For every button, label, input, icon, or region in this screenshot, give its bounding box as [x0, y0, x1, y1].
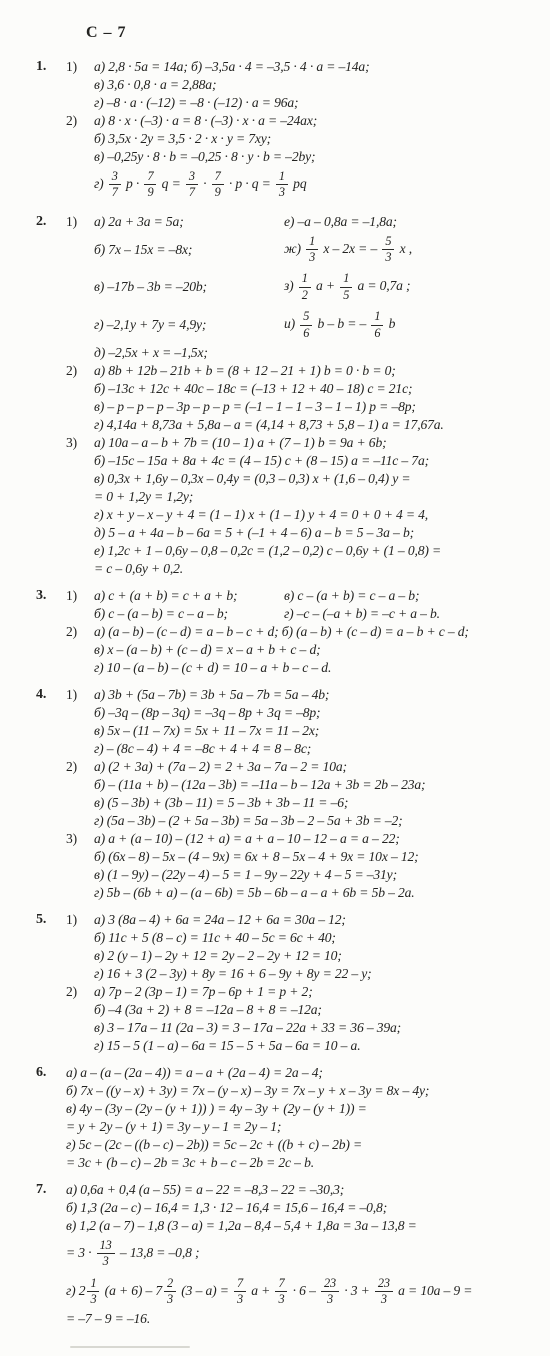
- expression: б) –13c + 12c + 40c – 18c = (–13 + 12 + …: [94, 380, 412, 398]
- expression: а) 3 (8a – 4) + 6a = 24a – 12 + 6a = 30a…: [94, 911, 346, 929]
- fraction: 13: [276, 169, 288, 201]
- math-line: = 0 + 1,2y = 1,2y;: [0, 488, 550, 506]
- math-line: = 3c + (b – c) – 2b = 3c + b – c – 2b = …: [0, 1154, 550, 1172]
- math-line: г) –2,1y + 7y = 4,9y;и) 56 b – b = – 16 …: [0, 306, 550, 344]
- expression: в) 1,2 (a – 7) – 1,8 (3 – a) = 1,2a – 8,…: [66, 1217, 417, 1235]
- column-right: и) 56 b – b = – 16 b: [284, 309, 395, 341]
- math-line: 7.а) 0,6a + 0,4 (a – 55) = a – 22 = –8,3…: [0, 1181, 550, 1199]
- math-line: 3)а) 10a – a – b + 7b = (10 – 1) a + (7 …: [0, 434, 550, 452]
- expression: а) 7p – 2 (3p – 1) = 7p – 6p + 1 = p + 2…: [94, 983, 313, 1001]
- math-line: в) – p – p – p – 3p – p – p = (–1 – 1 – …: [0, 398, 550, 416]
- expression: в) 2 (y – 1) – 2y + 12 = 2y – 2 – 2y + 1…: [94, 947, 342, 965]
- sub-number: 2): [66, 623, 94, 641]
- sub-number: 3): [66, 830, 94, 848]
- expression: = c – 0,6y + 0,2.: [94, 560, 183, 578]
- fraction-denominator: 9: [212, 185, 224, 200]
- fraction: 12: [299, 271, 311, 303]
- column-right: з) 12 a + 15 a = 0,7a ;: [284, 271, 410, 303]
- scanned-workbook-page: С – 7 1.1)а) 2,8 · 5a = 14a; б) –3,5a · …: [0, 0, 550, 1356]
- fraction-numerator: 7: [212, 169, 224, 185]
- expression: б) 11c + 5 (8 – c) = 11c + 40 – 5c = 6c …: [94, 929, 336, 947]
- math-line: 2)а) 8b + 12b – 21b + b = (8 + 12 – 21 +…: [0, 362, 550, 380]
- fraction: 37: [109, 169, 121, 201]
- problem-6: 6.а) a – (a – (2a – 4)) = a – a + (2a – …: [0, 1064, 550, 1172]
- page-title: С – 7: [86, 24, 550, 42]
- math-line: г) 5b – (6b + a) – (a – 6b) = 5b – 6b – …: [0, 884, 550, 902]
- math-line: г) 4,14a + 8,73a + 5,8a – a = (4,14 + 8,…: [0, 416, 550, 434]
- problem-number: 3.: [36, 587, 66, 605]
- expression: г) 5b – (6b + a) – (a – 6b) = 5b – 6b – …: [94, 884, 415, 902]
- fraction: 37: [186, 169, 198, 201]
- math-line: 5.1)а) 3 (8a – 4) + 6a = 24a – 12 + 6a =…: [0, 911, 550, 929]
- fraction: 13: [87, 1276, 99, 1308]
- expression: е) 1,2c + 1 – 0,6y – 0,8 – 0,2c = (1,2 –…: [94, 542, 441, 560]
- math-line: б) 3,5x · 2y = 3,5 · 2 · x · y = 7xy;: [0, 130, 550, 148]
- expression: а) 10a – a – b + 7b = (10 – 1) a + (7 – …: [94, 434, 386, 452]
- expression: г) –8 · a · (–12) = –8 · (–12) · a = 96a…: [94, 94, 298, 112]
- expression: в) (5 – 3b) + (3b – 11) = 5 – 3b + 3b – …: [94, 794, 348, 812]
- problem-number: 5.: [36, 911, 66, 929]
- problem-3: 3.1)а) c + (a + b) = c + a + b;в) c – (a…: [0, 587, 550, 677]
- fraction-denominator: 3: [87, 1292, 99, 1307]
- column-right: г) –c – (–a + b) = –c + a – b.: [284, 605, 440, 623]
- math-line: г) 213 (a + 6) – 723 (3 – a) = 73 a + 73…: [0, 1273, 550, 1311]
- fraction: 16: [371, 309, 383, 341]
- fraction-denominator: 3: [275, 1292, 287, 1307]
- fraction-numerator: 1: [340, 271, 352, 287]
- fraction-denominator: 7: [186, 185, 198, 200]
- column-left: в) –17b – 3b = –20b;: [94, 278, 284, 296]
- fraction-numerator: 23: [321, 1276, 339, 1292]
- fraction-denominator: 3: [321, 1292, 339, 1307]
- column-right: ж) 13 x – 2x = – 53 x ,: [284, 234, 412, 266]
- math-line: в) (5 – 3b) + (3b – 11) = 5 – 3b + 3b – …: [0, 794, 550, 812]
- sub-number: 3): [66, 434, 94, 452]
- problem-number: 2.: [36, 213, 66, 231]
- math-line: 3)а) a + (a – 10) – (12 + a) = a + a – 1…: [0, 830, 550, 848]
- math-line: = –7 – 9 = –16.: [0, 1310, 550, 1328]
- math-line: г) 10 – (a – b) – (c + d) = 10 – a + b –…: [0, 659, 550, 677]
- sub-number: 1): [66, 58, 94, 76]
- expression: г) 4,14a + 8,73a + 5,8a – a = (4,14 + 8,…: [94, 416, 444, 434]
- fraction-numerator: 7: [234, 1276, 246, 1292]
- column-left: г) –2,1y + 7y = 4,9y;: [94, 316, 284, 334]
- math-line: в) 3 – 17a – 11 (2a – 3) = 3 – 17a – 22a…: [0, 1019, 550, 1037]
- sub-number: 2): [66, 112, 94, 130]
- expression: а) 8 · x · (–3) · a = 8 · (–3) · x · a =…: [94, 112, 317, 130]
- expression: б) (6x – 8) – 5x – (4 – 9x) = 6x + 8 – 5…: [94, 848, 419, 866]
- expression: д) 5 – a + 4a – b – 6a = 5 + (–1 + 4 – 6…: [94, 524, 414, 542]
- math-line: б) c – (a – b) = c – a – b;г) –c – (–a +…: [0, 605, 550, 623]
- fraction-denominator: 3: [375, 1292, 393, 1307]
- column-left: б) 7x – 15x = –8x;: [94, 241, 284, 259]
- math-line: = y + 2y – (y + 1) = 3y – y – 1 = 2y – 1…: [0, 1118, 550, 1136]
- expression: в) 5x – (11 – 7x) = 5x + 11 – 7x = 11 – …: [94, 722, 319, 740]
- fraction-numerator: 3: [186, 169, 198, 185]
- expression: г) (5a – 3b) – (2 + 5a – 3b) = 5a – 3b –…: [94, 812, 403, 830]
- math-line: 2)а) 8 · x · (–3) · a = 8 · (–3) · x · a…: [0, 112, 550, 130]
- expression: а) (a – b) – (c – d) = a – b – c + d; б)…: [94, 623, 469, 641]
- fraction: 73: [275, 1276, 287, 1308]
- expression: в) – p – p – p – 3p – p – p = (–1 – 1 – …: [94, 398, 416, 416]
- problem-2: 2.1)а) 2a + 3a = 5a;е) –a – 0,8a = –1,8a…: [0, 213, 550, 578]
- expression: б) –3q – (8p – 3q) = –3q – 8p + 3q = –8p…: [94, 704, 320, 722]
- fraction-numerator: 5: [300, 309, 312, 325]
- math-line: г) 5c – (2c – ((b – c) – 2b)) = 5c – 2c …: [0, 1136, 550, 1154]
- math-line: г) – (8c – 4) + 4 = –8c + 4 + 4 = 8 – 8c…: [0, 740, 550, 758]
- math-line: в) –17b – 3b = –20b;з) 12 a + 15 a = 0,7…: [0, 268, 550, 306]
- fraction-numerator: 1: [299, 271, 311, 287]
- expression: в) 0,3x + 1,6y – 0,3x – 0,4y = (0,3 – 0,…: [94, 470, 410, 488]
- expression: в) x – (a – b) + (c – d) = x – a + b + c…: [94, 641, 320, 659]
- expression: = 0 + 1,2y = 1,2y;: [94, 488, 193, 506]
- fraction-denominator: 7: [109, 185, 121, 200]
- math-line: в) –0,25y · 8 · b = –0,25 · 8 · y · b = …: [0, 148, 550, 166]
- math-line: 1.1)а) 2,8 · 5a = 14a; б) –3,5a · 4 = –3…: [0, 58, 550, 76]
- fraction-denominator: 3: [306, 250, 318, 265]
- fraction: 15: [340, 271, 352, 303]
- math-line: = 3 · 133 – 13,8 = –0,8 ;: [0, 1235, 550, 1273]
- math-line: б) 7x – ((y – x) + 3y) = 7x – (y – x) – …: [0, 1082, 550, 1100]
- math-line: 2)а) (a – b) – (c – d) = a – b – c + d; …: [0, 623, 550, 641]
- math-line: б) 1,3 (2a – c) – 16,4 = 1,3 · 12 – 16,4…: [0, 1199, 550, 1217]
- math-line: в) 2 (y – 1) – 2y + 12 = 2y – 2 – 2y + 1…: [0, 947, 550, 965]
- math-line: д) –2,5x + x = –1,5x;: [0, 344, 550, 362]
- expression: г) 213 (a + 6) – 723 (3 – a) = 73 a + 73…: [66, 1276, 472, 1308]
- problem-number: 4.: [36, 686, 66, 704]
- problems-list: 1.1)а) 2,8 · 5a = 14a; б) –3,5a · 4 = –3…: [0, 58, 550, 1328]
- sub-number: 2): [66, 983, 94, 1001]
- math-line: б) –13c + 12c + 40c – 18c = (–13 + 12 + …: [0, 380, 550, 398]
- column-left: а) c + (a + b) = c + a + b;: [94, 587, 284, 605]
- expression: г) 5c – (2c – ((b – c) – 2b)) = 5c – 2c …: [66, 1136, 362, 1154]
- sub-number: 2): [66, 362, 94, 380]
- expression: г) x + y – x – y + 4 = (1 – 1) x + (1 – …: [94, 506, 428, 524]
- math-line: в) 0,3x + 1,6y – 0,3x – 0,4y = (0,3 – 0,…: [0, 470, 550, 488]
- math-line: б) –15c – 15a + 8a + 4c = (4 – 15) c + (…: [0, 452, 550, 470]
- problem-7: 7.а) 0,6a + 0,4 (a – 55) = a – 22 = –8,3…: [0, 1181, 550, 1328]
- fraction-denominator: 3: [382, 250, 394, 265]
- problem-1: 1.1)а) 2,8 · 5a = 14a; б) –3,5a · 4 = –3…: [0, 58, 550, 204]
- expression: а) a + (a – 10) – (12 + a) = a + a – 10 …: [94, 830, 400, 848]
- fraction-denominator: 6: [371, 326, 383, 341]
- sub-number: 1): [66, 587, 94, 605]
- column-right: е) –a – 0,8a = –1,8a;: [284, 213, 397, 231]
- math-line: в) x – (a – b) + (c – d) = x – a + b + c…: [0, 641, 550, 659]
- math-line: в) 1,2 (a – 7) – 1,8 (3 – a) = 1,2a – 8,…: [0, 1217, 550, 1235]
- expression: б) 3,5x · 2y = 3,5 · 2 · x · y = 7xy;: [94, 130, 271, 148]
- expression: б) – (11a + b) – (12a – 3b) = –11a – b –…: [94, 776, 425, 794]
- expression: = y + 2y – (y + 1) = 3y – y – 1 = 2y – 1…: [66, 1118, 281, 1136]
- fraction-numerator: 7: [144, 169, 156, 185]
- fraction-numerator: 5: [382, 234, 394, 250]
- expression: в) 3,6 · 0,8 · a = 2,88a;: [94, 76, 216, 94]
- problem-4: 4.1)а) 3b + (5a – 7b) = 3b + 5a – 7b = 5…: [0, 686, 550, 902]
- problem-number: 7.: [36, 1181, 66, 1199]
- fraction-numerator: 13: [97, 1238, 115, 1254]
- math-line: 2.1)а) 2a + 3a = 5a;е) –a – 0,8a = –1,8a…: [0, 213, 550, 231]
- fraction: 73: [234, 1276, 246, 1308]
- column-left: а) 2a + 3a = 5a;: [94, 213, 284, 231]
- expression: в) 4y – (3y – (2y – (y + 1)) ) = 4y – 3y…: [66, 1100, 367, 1118]
- expression: в) (1 – 9y) – (22y – 4) – 5 = 1 – 9y – 2…: [94, 866, 397, 884]
- fraction: 79: [144, 169, 156, 201]
- fraction-numerator: 1: [306, 234, 318, 250]
- expression: = 3c + (b – c) – 2b = 3c + b – c – 2b = …: [66, 1154, 314, 1172]
- column-right: в) c – (a + b) = c – a – b;: [284, 587, 419, 605]
- expression: г) 37 p · 79 q = 37 · 79 · p · q = 13 pq: [94, 169, 306, 201]
- fraction-denominator: 6: [300, 326, 312, 341]
- column-left: б) c – (a – b) = c – a – b;: [94, 605, 284, 623]
- problem-5: 5.1)а) 3 (8a – 4) + 6a = 24a – 12 + 6a =…: [0, 911, 550, 1055]
- fraction-numerator: 23: [375, 1276, 393, 1292]
- math-line: г) –8 · a · (–12) = –8 · (–12) · a = 96a…: [0, 94, 550, 112]
- expression: = –7 – 9 = –16.: [66, 1310, 150, 1328]
- fraction: 133: [97, 1238, 115, 1270]
- fraction-denominator: 3: [234, 1292, 246, 1307]
- expression: г) 10 – (a – b) – (c + d) = 10 – a + b –…: [94, 659, 331, 677]
- expression: г) – (8c – 4) + 4 = –8c + 4 + 4 = 8 – 8c…: [94, 740, 311, 758]
- math-line: б) 7x – 15x = –8x;ж) 13 x – 2x = – 53 x …: [0, 231, 550, 269]
- expression: б) –4 (3a + 2) + 8 = –12a – 8 + 8 = –12a…: [94, 1001, 322, 1019]
- fraction: 233: [321, 1276, 339, 1308]
- math-line: 3.1)а) c + (a + b) = c + a + b;в) c – (a…: [0, 587, 550, 605]
- math-line: 6.а) a – (a – (2a – 4)) = a – a + (2a – …: [0, 1064, 550, 1082]
- math-line: 2)а) 7p – 2 (3p – 1) = 7p – 6p + 1 = p +…: [0, 983, 550, 1001]
- problem-number: 1.: [36, 58, 66, 76]
- fraction: 79: [212, 169, 224, 201]
- math-line: 2)а) (2 + 3a) + (7a – 2) = 2 + 3a – 7a –…: [0, 758, 550, 776]
- fraction-numerator: 3: [109, 169, 121, 185]
- math-line: б) –3q – (8p – 3q) = –3q – 8p + 3q = –8p…: [0, 704, 550, 722]
- math-line: г) x + y – x – y + 4 = (1 – 1) x + (1 – …: [0, 506, 550, 524]
- fraction-denominator: 2: [299, 288, 311, 303]
- math-line: в) (1 – 9y) – (22y – 4) – 5 = 1 – 9y – 2…: [0, 866, 550, 884]
- math-line: б) – (11a + b) – (12a – 3b) = –11a – b –…: [0, 776, 550, 794]
- math-line: б) (6x – 8) – 5x – (4 – 9x) = 6x + 8 – 5…: [0, 848, 550, 866]
- expression: а) a – (a – (2a – 4)) = a – a + (2a – 4)…: [66, 1064, 323, 1082]
- math-line: в) 4y – (3y – (2y – (y + 1)) ) = 4y – 3y…: [0, 1100, 550, 1118]
- fraction: 53: [382, 234, 394, 266]
- fraction-denominator: 3: [276, 185, 288, 200]
- expression: б) 7x – ((y – x) + 3y) = 7x – (y – x) – …: [66, 1082, 429, 1100]
- math-line: г) (5a – 3b) – (2 + 5a – 3b) = 5a – 3b –…: [0, 812, 550, 830]
- problem-number: 6.: [36, 1064, 66, 1082]
- sub-number: 1): [66, 686, 94, 704]
- fraction-numerator: 1: [87, 1276, 99, 1292]
- fraction: 56: [300, 309, 312, 341]
- expression: г) 16 + 3 (2 – 3y) + 8y = 16 + 6 – 9y + …: [94, 965, 372, 983]
- fraction-denominator: 9: [144, 185, 156, 200]
- math-line: е) 1,2c + 1 – 0,6y – 0,8 – 0,2c = (1,2 –…: [0, 542, 550, 560]
- math-line: г) 16 + 3 (2 – 3y) + 8y = 16 + 6 – 9y + …: [0, 965, 550, 983]
- math-line: в) 3,6 · 0,8 · a = 2,88a;: [0, 76, 550, 94]
- math-line: в) 5x – (11 – 7x) = 5x + 11 – 7x = 11 – …: [0, 722, 550, 740]
- expression: а) 3b + (5a – 7b) = 3b + 5a – 7b = 5a – …: [94, 686, 329, 704]
- expression: в) 3 – 17a – 11 (2a – 3) = 3 – 17a – 22a…: [94, 1019, 401, 1037]
- math-line: г) 15 – 5 (1 – a) – 6a = 15 – 5 + 5a – 6…: [0, 1037, 550, 1055]
- math-line: г) 37 p · 79 q = 37 · 79 · p · q = 13 pq: [0, 166, 550, 204]
- fraction-numerator: 1: [276, 169, 288, 185]
- sub-number: 2): [66, 758, 94, 776]
- fraction: 233: [375, 1276, 393, 1308]
- fraction-numerator: 2: [164, 1276, 176, 1292]
- scan-artifact: [70, 1346, 190, 1348]
- expression: д) –2,5x + x = –1,5x;: [94, 344, 208, 362]
- fraction: 23: [164, 1276, 176, 1308]
- expression: а) 0,6a + 0,4 (a – 55) = a – 22 = –8,3 –…: [66, 1181, 344, 1199]
- expression: б) 1,3 (2a – c) – 16,4 = 1,3 · 12 – 16,4…: [66, 1199, 387, 1217]
- math-line: д) 5 – a + 4a – b – 6a = 5 + (–1 + 4 – 6…: [0, 524, 550, 542]
- fraction-denominator: 3: [97, 1254, 115, 1269]
- sub-number: 1): [66, 911, 94, 929]
- sub-number: 1): [66, 213, 94, 231]
- expression: а) 2,8 · 5a = 14a; б) –3,5a · 4 = –3,5 ·…: [94, 58, 369, 76]
- fraction: 13: [306, 234, 318, 266]
- math-line: = c – 0,6y + 0,2.: [0, 560, 550, 578]
- math-line: б) 11c + 5 (8 – c) = 11c + 40 – 5c = 6c …: [0, 929, 550, 947]
- fraction-numerator: 1: [371, 309, 383, 325]
- fraction-denominator: 5: [340, 288, 352, 303]
- expression: а) (2 + 3a) + (7a – 2) = 2 + 3a – 7a – 2…: [94, 758, 347, 776]
- math-line: 4.1)а) 3b + (5a – 7b) = 3b + 5a – 7b = 5…: [0, 686, 550, 704]
- fraction-numerator: 7: [275, 1276, 287, 1292]
- expression: а) 8b + 12b – 21b + b = (8 + 12 – 21 + 1…: [94, 362, 396, 380]
- expression: в) –0,25y · 8 · b = –0,25 · 8 · y · b = …: [94, 148, 315, 166]
- math-line: б) –4 (3a + 2) + 8 = –12a – 8 + 8 = –12a…: [0, 1001, 550, 1019]
- expression: = 3 · 133 – 13,8 = –0,8 ;: [66, 1238, 199, 1270]
- fraction-denominator: 3: [164, 1292, 176, 1307]
- expression: г) 15 – 5 (1 – a) – 6a = 15 – 5 + 5a – 6…: [94, 1037, 360, 1055]
- expression: б) –15c – 15a + 8a + 4c = (4 – 15) c + (…: [94, 452, 429, 470]
